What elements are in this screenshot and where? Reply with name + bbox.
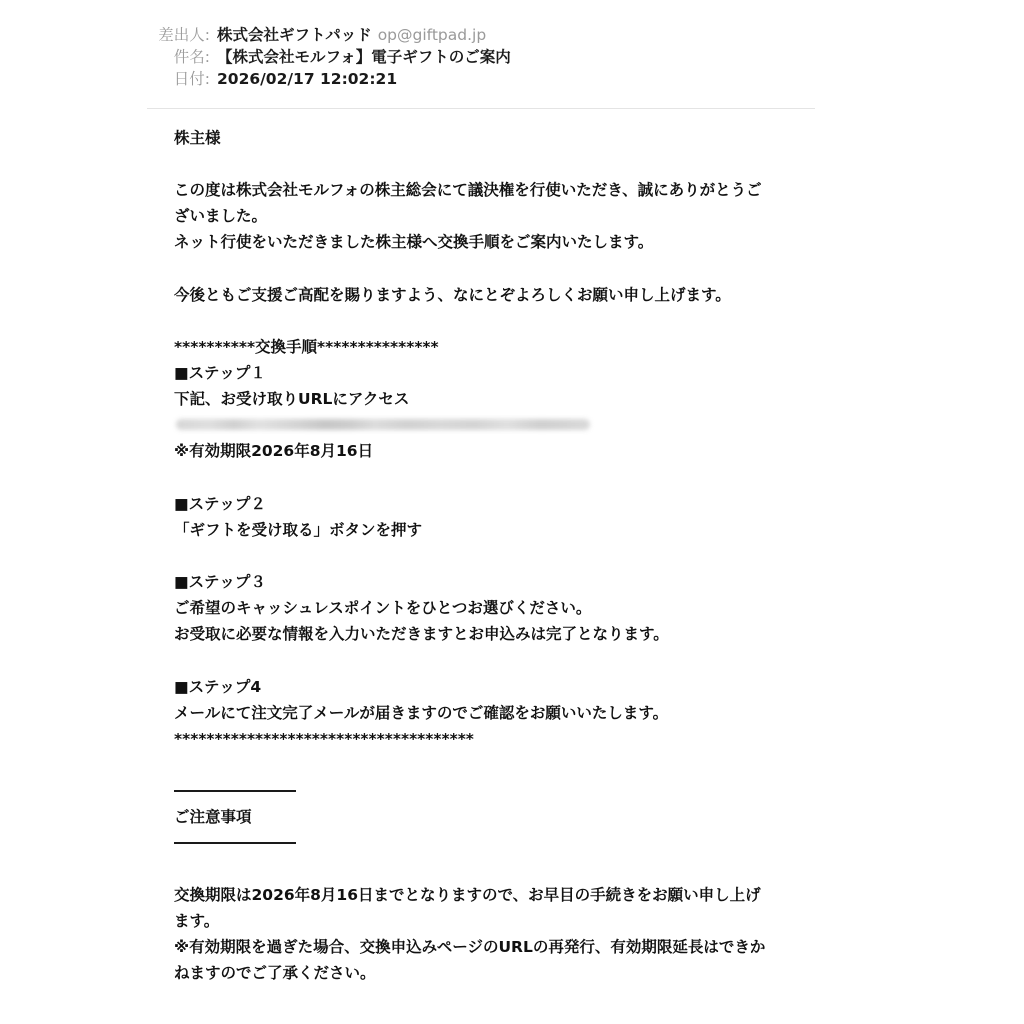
spacer bbox=[174, 647, 836, 674]
rule-line bbox=[174, 790, 296, 792]
step-text: ご希望のキャッシュレスポイントをひとつお選びください。 bbox=[174, 595, 836, 621]
notice-line: ねますのでご了承ください。 bbox=[174, 960, 836, 986]
blurred-url-text bbox=[176, 419, 590, 430]
notice-bottom-rule bbox=[174, 830, 836, 856]
intro-line: ざいました。 bbox=[174, 203, 836, 229]
sender-email[interactable]: op@giftpad.jp bbox=[378, 24, 486, 46]
from-label: 差出人: bbox=[148, 24, 210, 46]
redacted-receive-url-link[interactable] bbox=[174, 412, 836, 438]
email-header: 差出人: 株式会社ギフトパッド op@giftpad.jp 件名: 【株式会社モ… bbox=[148, 24, 816, 90]
step-text: お受取に必要な情報を入力いただきますとお申込みは完了となります。 bbox=[174, 621, 836, 647]
procedure-header: **********交換手順*************** bbox=[174, 334, 836, 360]
intro-line: この度は株式会社モルフォの株主総会にて議決権を行使いただき、誠にありがとうご bbox=[174, 177, 836, 203]
notice-title: ご注意事項 bbox=[174, 804, 836, 830]
step-text: 「ギフトを受け取る」ボタンを押す bbox=[174, 517, 836, 543]
step-text: 下記、お受け取りURLにアクセス bbox=[174, 386, 836, 412]
subject-value: 【株式会社モルフォ】電子ギフトのご案内 bbox=[217, 46, 511, 68]
step-title: ■ステップ３ bbox=[174, 569, 836, 595]
notice-line: 交換期限は2026年8月16日までとなりますので、お早目の手続きをお願い申し上げ bbox=[174, 882, 836, 908]
subject-row: 件名: 【株式会社モルフォ】電子ギフトのご案内 bbox=[148, 46, 816, 68]
intro-line: ネット行使をいただきました株主様へ交換手順をご案内いたします。 bbox=[174, 229, 836, 255]
date-row: 日付: 2026/02/17 12:02:21 bbox=[148, 68, 816, 90]
sender-name: 株式会社ギフトパッド bbox=[217, 24, 372, 46]
notice-line: ※有効期限を過ぎた場合、交換申込みページのURLの再発行、有効期限延長はできか bbox=[174, 934, 836, 960]
spacer bbox=[174, 151, 836, 177]
spacer bbox=[174, 308, 836, 334]
rule-line bbox=[174, 842, 296, 844]
spacer bbox=[174, 464, 836, 491]
spacer bbox=[174, 856, 836, 882]
spacer bbox=[174, 543, 836, 569]
step-title: ■ステップ２ bbox=[174, 491, 836, 517]
date-value: 2026/02/17 12:02:21 bbox=[217, 68, 397, 90]
procedure-footer: ************************************* bbox=[174, 726, 836, 752]
notice-top-rule bbox=[174, 778, 836, 804]
from-row: 差出人: 株式会社ギフトパッド op@giftpad.jp bbox=[148, 24, 816, 46]
step-text: メールにて注文完了メールが届きますのでご確認をお願いいたします。 bbox=[174, 700, 836, 726]
step-title: ■ステップ4 bbox=[174, 674, 836, 700]
closing-line: 今後ともご支援ご高配を賜りますよう、なにとぞよろしくお願い申し上げます。 bbox=[174, 282, 836, 308]
email-body: 株主様 この度は株式会社モルフォの株主総会にて議決権を行使いただき、誠にありがと… bbox=[174, 125, 836, 986]
step-2: ■ステップ２ 「ギフトを受け取る」ボタンを押す bbox=[174, 491, 836, 543]
step-3: ■ステップ３ ご希望のキャッシュレスポイントをひとつお選びください。 お受取に必… bbox=[174, 569, 836, 647]
expiry-note: ※有効期限2026年8月16日 bbox=[174, 438, 836, 464]
spacer bbox=[174, 255, 836, 282]
step-title: ■ステップ１ bbox=[174, 360, 836, 386]
salutation: 株主様 bbox=[174, 125, 836, 151]
notice-line: ます。 bbox=[174, 908, 836, 934]
step-4: ■ステップ4 メールにて注文完了メールが届きますのでご確認をお願いいたします。 bbox=[174, 674, 836, 726]
header-divider bbox=[147, 108, 815, 109]
step-1: ■ステップ１ 下記、お受け取りURLにアクセス ※有効期限2026年8月16日 bbox=[174, 360, 836, 464]
subject-label: 件名: bbox=[148, 46, 210, 68]
date-label: 日付: bbox=[148, 68, 210, 90]
spacer bbox=[174, 752, 836, 778]
